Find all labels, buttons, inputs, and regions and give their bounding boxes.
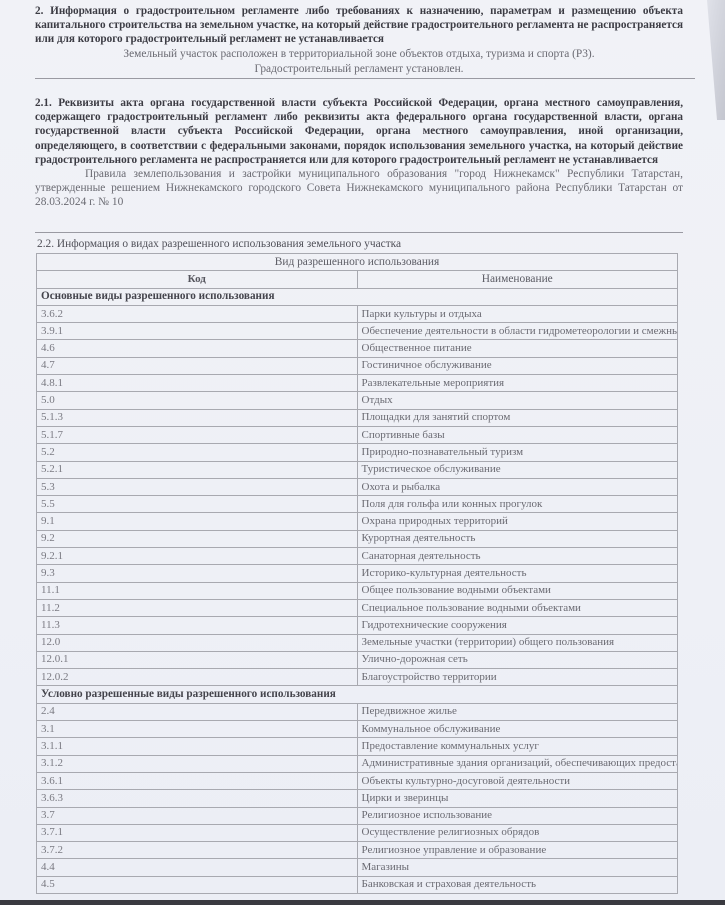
group-title: Условно разрешенные виды разрешенного ис…: [37, 686, 678, 703]
table-row: 5.1.7Спортивные базы: [37, 426, 678, 443]
table-row: 11.1Общее пользование водными объектами: [37, 582, 678, 599]
use-name: Природно-познавательный туризм: [357, 444, 678, 461]
table-row: 4.5Банковская и страховая деятельность: [37, 876, 678, 893]
use-code: 4.8.1: [37, 375, 358, 392]
table-row: 5.5Поля для гольфа или конных прогулок: [37, 496, 678, 513]
use-code: 5.5: [37, 496, 358, 513]
use-code: 3.1.2: [37, 755, 358, 772]
header-name: Наименование: [357, 271, 678, 288]
use-name: Улично-дорожная сеть: [357, 651, 678, 668]
table-row: 11.2Специальное пользование водными объе…: [37, 599, 678, 616]
use-name: Административные здания организаций, обе…: [357, 755, 678, 772]
use-name: Земельные участки (территории) общего по…: [357, 634, 678, 651]
table-row: 9.2Курортная деятельность: [37, 530, 678, 547]
use-code: 3.9.1: [37, 323, 358, 340]
use-code: 4.6: [37, 340, 358, 357]
use-code: 5.1.3: [37, 409, 358, 426]
use-code: 5.2: [37, 444, 358, 461]
use-name: Развлекательные мероприятия: [357, 375, 678, 392]
permitted-uses-table: Вид разрешенного использования Код Наиме…: [36, 253, 678, 894]
use-name: Охрана природных территорий: [357, 513, 678, 530]
table-row: 3.6.1Объекты культурно-досуговой деятель…: [37, 772, 678, 789]
use-code: 2.4: [37, 703, 358, 720]
use-name: Благоустройство территории: [357, 669, 678, 686]
table-row: 12.0.2Благоустройство территории: [37, 669, 678, 686]
group-title: Основные виды разрешенного использования: [37, 288, 678, 305]
table-row: 3.6.3Цирки и зверинцы: [37, 790, 678, 807]
table-row: 5.3Охота и рыбалка: [37, 478, 678, 495]
table-header-row: Код Наименование: [37, 271, 678, 288]
use-name: Обеспечение деятельности в области гидро…: [357, 323, 678, 340]
use-code: 11.2: [37, 599, 358, 616]
use-code: 11.3: [37, 617, 358, 634]
table-row: 3.1Коммунальное обслуживание: [37, 721, 678, 738]
table-row: 3.6.2Парки культуры и отдыха: [37, 305, 678, 322]
table-row: 3.7.1Осуществление религиозных обрядов: [37, 824, 678, 841]
use-code: 5.0: [37, 392, 358, 409]
use-name: Поля для гольфа или конных прогулок: [357, 496, 678, 513]
use-code: 3.6.1: [37, 772, 358, 789]
table-row: 4.7Гостиничное обслуживание: [37, 357, 678, 374]
table-row: 5.1.3Площадки для занятий спортом: [37, 409, 678, 426]
table-row: 3.7.2Религиозное управление и образовани…: [37, 842, 678, 859]
use-name: Религиозное использование: [357, 807, 678, 824]
use-name: Коммунальное обслуживание: [357, 721, 678, 738]
table-row: 2.4Передвижное жилье: [37, 703, 678, 720]
use-code: 11.1: [37, 582, 358, 599]
table-row: 4.4Магазины: [37, 859, 678, 876]
use-code: 3.6.3: [37, 790, 358, 807]
use-name: Гидротехнические сооружения: [357, 617, 678, 634]
use-name: Общественное питание: [357, 340, 678, 357]
table-row: 5.2.1Туристическое обслуживание: [37, 461, 678, 478]
table-row: 3.1.1Предоставление коммунальных услуг: [37, 738, 678, 755]
use-name: Предоставление коммунальных услуг: [357, 738, 678, 755]
use-name: Охота и рыбалка: [357, 478, 678, 495]
use-code: 5.3: [37, 478, 358, 495]
use-code: 3.7.1: [37, 824, 358, 841]
page-fold-shadow: [685, 0, 725, 120]
use-name: Туристическое обслуживание: [357, 461, 678, 478]
use-code: 3.6.2: [37, 305, 358, 322]
table-row: 9.3Историко-культурная деятельность: [37, 565, 678, 582]
table-row: 12.0Земельные участки (территории) общег…: [37, 634, 678, 651]
use-name: Отдых: [357, 392, 678, 409]
use-name: Гостиничное обслуживание: [357, 357, 678, 374]
table-row: 4.6Общественное питание: [37, 340, 678, 357]
use-name: Спортивные базы: [357, 426, 678, 443]
table-row: 12.0.1Улично-дорожная сеть: [37, 651, 678, 668]
use-code: 9.1: [37, 513, 358, 530]
section-2-1-heading: 2.1. Реквизиты акта органа государственн…: [35, 96, 683, 167]
table-row: 5.0Отдых: [37, 392, 678, 409]
zone-statement: Земельный участок расположен в территори…: [35, 47, 683, 62]
use-name: Цирки и зверинцы: [357, 790, 678, 807]
regulation-statement: Градостроительный регламент установлен.: [35, 62, 683, 77]
document-page: 2. Информация о градостроительном реглам…: [0, 0, 725, 905]
table-group-row: Условно разрешенные виды разрешенного ис…: [37, 686, 678, 703]
use-code: 4.7: [37, 357, 358, 374]
use-name: Площадки для занятий спортом: [357, 409, 678, 426]
table-header-row: Вид разрешенного использования: [37, 254, 678, 271]
use-code: 4.4: [37, 859, 358, 876]
table-row: 3.9.1Обеспечение деятельности в области …: [37, 323, 678, 340]
use-code: 3.7.2: [37, 842, 358, 859]
use-code: 9.3: [37, 565, 358, 582]
table-row: 4.8.1Развлекательные мероприятия: [37, 375, 678, 392]
header-permitted-use: Вид разрешенного использования: [37, 254, 678, 271]
use-code: 12.0.2: [37, 669, 358, 686]
use-code: 5.1.7: [37, 426, 358, 443]
section-2-2-caption: 2.2. Информация о видах разрешенного исп…: [37, 238, 401, 250]
section-2: 2. Информация о градостроительном реглам…: [35, 4, 683, 77]
use-name: Банковская и страховая деятельность: [357, 876, 678, 893]
use-name: Санаторная деятельность: [357, 548, 678, 565]
table-row: 9.2.1Санаторная деятельность: [37, 548, 678, 565]
table-row: 5.2Природно-познавательный туризм: [37, 444, 678, 461]
table-row: 9.1Охрана природных территорий: [37, 513, 678, 530]
section-2-1: 2.1. Реквизиты акта органа государственн…: [35, 96, 683, 210]
use-code: 9.2: [37, 530, 358, 547]
use-code: 3.1: [37, 721, 358, 738]
section-2-heading: 2. Информация о градостроительном реглам…: [35, 4, 683, 47]
use-name: Религиозное управление и образование: [357, 842, 678, 859]
use-code: 5.2.1: [37, 461, 358, 478]
use-name: Специальное пользование водными объектам…: [357, 599, 678, 616]
table-row: 3.1.2Административные здания организаций…: [37, 755, 678, 772]
use-name: Объекты культурно-досуговой деятельности: [357, 772, 678, 789]
use-name: Осуществление религиозных обрядов: [357, 824, 678, 841]
bottom-edge: [0, 900, 725, 905]
use-name: Магазины: [357, 859, 678, 876]
use-name: Историко-культурная деятельность: [357, 565, 678, 582]
header-code: Код: [37, 271, 358, 288]
use-code: 12.0.1: [37, 651, 358, 668]
divider: [35, 232, 683, 233]
use-code: 9.2.1: [37, 548, 358, 565]
use-code: 3.7: [37, 807, 358, 824]
use-code: 4.5: [37, 876, 358, 893]
divider: [35, 78, 695, 79]
use-name: Общее пользование водными объектами: [357, 582, 678, 599]
use-name: Курортная деятельность: [357, 530, 678, 547]
use-code: 3.1.1: [37, 738, 358, 755]
use-name: Парки культуры и отдыха: [357, 305, 678, 322]
section-2-1-body: Правила землепользования и застройки мун…: [35, 167, 683, 210]
table-row: 11.3Гидротехнические сооружения: [37, 617, 678, 634]
table-row: 3.7Религиозное использование: [37, 807, 678, 824]
table-group-row: Основные виды разрешенного использования: [37, 288, 678, 305]
use-name: Передвижное жилье: [357, 703, 678, 720]
use-code: 12.0: [37, 634, 358, 651]
